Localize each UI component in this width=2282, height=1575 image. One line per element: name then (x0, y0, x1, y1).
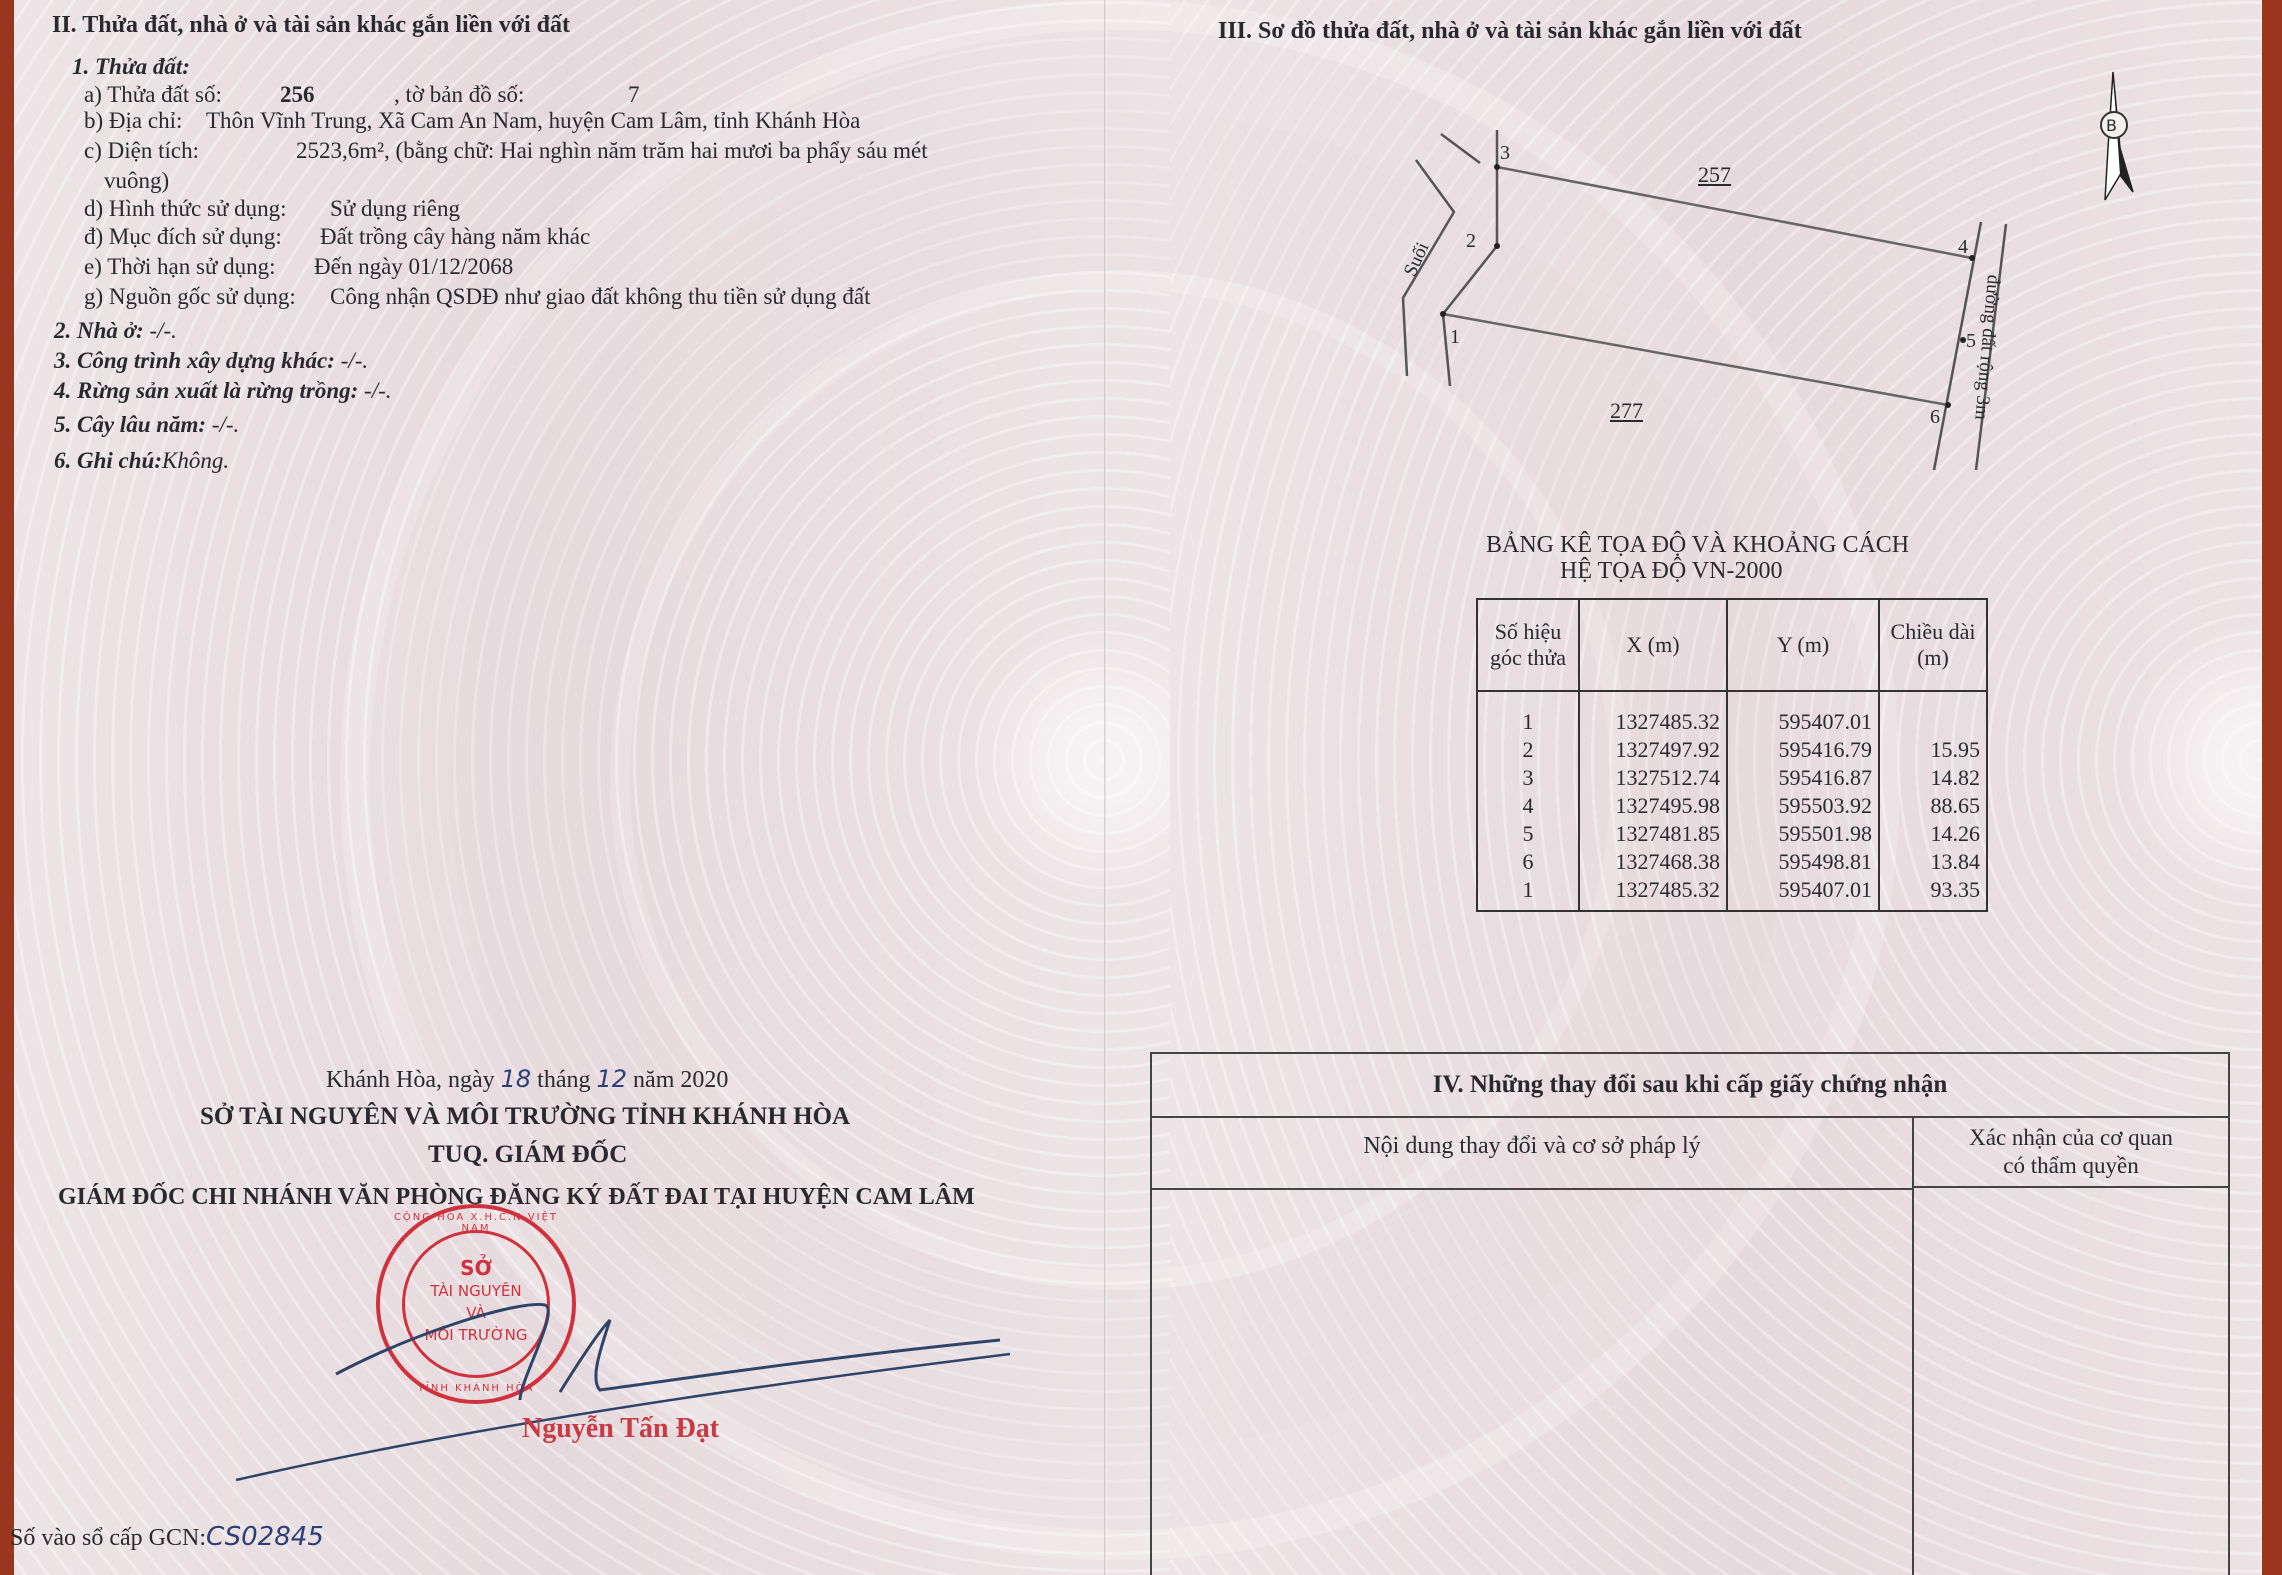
neighbor-parcel-257: 257 (1698, 162, 1731, 188)
x-cell: 1327481.85 (1579, 820, 1727, 848)
coord-table-title: BẢNG KÊ TỌA ĐỘ VÀ KHOẢNG CÁCH (1486, 532, 1909, 558)
col-header-length: Chiều dài(m) (1879, 599, 1987, 691)
table-row: 31327512.74595416.8714.82 (1477, 764, 1987, 792)
x-cell: 1327485.32 (1579, 691, 1727, 736)
length-cell: 15.95 (1879, 736, 1987, 764)
vertex-1: 1 (1450, 324, 1460, 350)
vertex-cell: 5 (1477, 820, 1579, 848)
coord-system-title: HỆ TỌA ĐỘ VN-2000 (1560, 558, 1782, 584)
coordinate-table: Số hiệugóc thửa X (m) Y (m) Chiều dài(m)… (1476, 598, 1988, 912)
y-cell: 595501.98 (1727, 820, 1879, 848)
y-cell: 595416.87 (1727, 764, 1879, 792)
vertex-2: 2 (1466, 228, 1476, 254)
vertex-6: 6 (1930, 404, 1940, 430)
length-cell: 14.26 (1879, 820, 1987, 848)
col-header-vertex: Số hiệugóc thửa (1477, 599, 1579, 691)
length-cell: 93.35 (1879, 876, 1987, 911)
table-row: 51327481.85595501.9814.26 (1477, 820, 1987, 848)
changes-title: IV. Những thay đổi sau khi cấp giấy chứn… (1152, 1054, 2228, 1118)
y-cell: 595498.81 (1727, 848, 1879, 876)
changes-table: IV. Những thay đổi sau khi cấp giấy chứn… (1150, 1052, 2230, 1575)
vertex-cell: 6 (1477, 848, 1579, 876)
vertex-cell: 1 (1477, 876, 1579, 911)
vertex-4: 4 (1958, 234, 1968, 260)
north-label: B (2106, 113, 2117, 139)
length-cell: 13.84 (1879, 848, 1987, 876)
table-row: 11327485.32595407.0193.35 (1477, 876, 1987, 911)
changes-col-confirmation: Xác nhận của cơ quan có thẩm quyền (1912, 1118, 2228, 1188)
length-cell: 88.65 (1879, 792, 1987, 820)
length-cell (1879, 691, 1987, 736)
vertex-cell: 1 (1477, 691, 1579, 736)
vertex-cell: 4 (1477, 792, 1579, 820)
vertex-cell: 3 (1477, 764, 1579, 792)
table-row: 61327468.38595498.8113.84 (1477, 848, 1987, 876)
y-cell: 595407.01 (1727, 876, 1879, 911)
changes-col-content: Nội dung thay đổi và cơ sở pháp lý (1152, 1118, 1912, 1190)
y-cell: 595416.79 (1727, 736, 1879, 764)
vertex-3: 3 (1500, 140, 1510, 166)
x-cell: 1327495.98 (1579, 792, 1727, 820)
neighbor-parcel-277: 277 (1610, 398, 1643, 424)
x-cell: 1327468.38 (1579, 848, 1727, 876)
x-cell: 1327512.74 (1579, 764, 1727, 792)
length-cell: 14.82 (1879, 764, 1987, 792)
y-cell: 595503.92 (1727, 792, 1879, 820)
table-row: 21327497.92595416.7915.95 (1477, 736, 1987, 764)
vertex-cell: 2 (1477, 736, 1579, 764)
x-cell: 1327485.32 (1579, 876, 1727, 911)
table-row: 41327495.98595503.9288.65 (1477, 792, 1987, 820)
col-header-x: X (m) (1579, 599, 1727, 691)
y-cell: 595407.01 (1727, 691, 1879, 736)
table-row: 11327485.32595407.01 (1477, 691, 1987, 736)
x-cell: 1327497.92 (1579, 736, 1727, 764)
col-header-y: Y (m) (1727, 599, 1879, 691)
